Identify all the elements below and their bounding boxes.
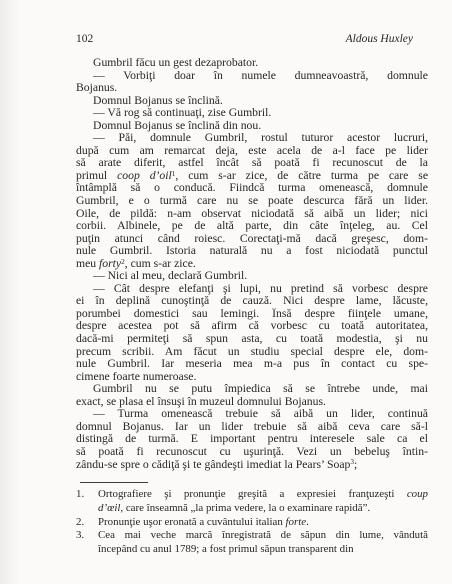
- footnote-marker: corbii. Albinele, pe de altă parte, din …: [76, 220, 428, 232]
- footnote-line: d’œil, care înseamnă „la prima vedere, l…: [76, 502, 428, 516]
- footnote-marker: — Cât despre elefanţi şi lupi, nu pretin…: [93, 283, 428, 295]
- footnote-marker: — Vă rog să continuaţi, zise Gumbril.: [93, 107, 271, 119]
- footnote-marker: domnul Bojanus. Iar un lider trebuie să …: [76, 421, 428, 433]
- text-run: coup: [407, 488, 428, 500]
- footnote-marker: 2: [121, 258, 125, 266]
- footnote-marker: să poată fi recunoscut cu uşurinţă. Vezi…: [76, 446, 428, 458]
- footnote-marker: despre acestea pot să afirm că vorbesc c…: [76, 320, 428, 332]
- text-run: 1.: [76, 488, 98, 502]
- footnote-marker: dacă-mi permiteţi să spun asta, cu toată…: [76, 333, 428, 345]
- footnote-line: 2.Pronunţie uşor eronată a cuvântului it…: [76, 516, 428, 530]
- text-line: cimene foarte numeroase.: [76, 371, 428, 384]
- footnote-marker: porumbei domestici sau lemingi. Însă des…: [76, 308, 428, 320]
- text-line: domnul Bojanus. Iar un lider trebuie să …: [76, 421, 428, 434]
- text-line: ei în deplină cunoştinţă de cauză. Nici …: [76, 295, 428, 308]
- footnote-marker: nule Gumbril. Istoria naturală nu a fost…: [76, 245, 428, 257]
- text-line: meu forty2, cum s-ar zice.: [76, 258, 428, 271]
- footnote-marker: începând cu anul 1789; a fost primul săp…: [98, 543, 354, 555]
- text-run: 2.: [76, 516, 98, 530]
- footnote-line: 1.Ortografiere şi pronunţie greşită a ex…: [76, 488, 428, 502]
- footnote-line: începând cu anul 1789; a fost primul săp…: [76, 543, 428, 557]
- footnote-marker: Pronunţie uşor eronată a cuvântului ital…: [98, 516, 286, 528]
- footnote-marker: Domnul Bojanus se înclină.: [93, 95, 223, 107]
- text-line: să poată fi recunoscut cu uşurinţă. Vezi…: [76, 446, 428, 459]
- footnote-marker: — Vorbiţi doar în numele dumneavoastră, …: [93, 70, 428, 82]
- footnote-marker: 3: [350, 459, 354, 467]
- footnote-marker: , cum s-ar zice, de către turma pe care …: [175, 170, 428, 182]
- footnote-marker: — Turma omenească trebuie să aibă un lid…: [93, 408, 428, 420]
- text-run: forty: [99, 258, 121, 270]
- footnote-marker: Gumbril, e o turmă care nu se poate desc…: [76, 195, 428, 207]
- text-line: să arate diferit, astfel încât să poată …: [76, 157, 428, 170]
- footnote-marker: nule Gumbril. Iar meseria mea m-a pus în…: [76, 358, 428, 370]
- text-line: — Păi, domnule Gumbril, rostul tuturor a…: [76, 132, 428, 145]
- footnote-separator: [80, 482, 148, 483]
- footnote-marker: — Păi, domnule Gumbril, rostul tuturor a…: [93, 132, 428, 144]
- footnote-marker: , cum s-ar zice.: [125, 258, 196, 270]
- footnotes: 1.Ortografiere şi pronunţie greşită a ex…: [76, 488, 428, 557]
- text-line: Gumbril făcu un gest dezaprobator.: [76, 57, 428, 70]
- text-line: Domnul Bojanus se înclină.: [76, 95, 428, 108]
- text-line: primul coop d’oil1, cum s-ar zice, de că…: [76, 170, 428, 183]
- footnote-marker: .: [306, 516, 309, 528]
- text-run: 3.: [76, 529, 98, 543]
- text-line: porumbei domestici sau lemingi. Însă des…: [76, 308, 428, 321]
- running-header-author: Aldous Huxley: [346, 33, 413, 45]
- text-line: nule Gumbril. Istoria naturală nu a fost…: [76, 245, 428, 258]
- footnote-marker: ;: [354, 459, 357, 471]
- footnote-line: 3.Cea mai veche marcă înregistrată de să…: [76, 529, 428, 543]
- text-run: coop d’oil: [117, 170, 172, 182]
- footnote-marker: Ortografiere şi pronunţie greşită a expr…: [98, 488, 407, 500]
- footnote-marker: zându-se spre o cădiţă şi te gândeşti im…: [76, 459, 350, 471]
- running-header: 102 Aldous Huxley: [76, 33, 430, 45]
- footnote-marker: distingă de turmă. E important pentru in…: [76, 433, 428, 445]
- text-line: zându-se spre o cădiţă şi te gândeşti im…: [76, 459, 428, 472]
- text-line: — Vorbiţi doar în numele dumneavoastră, …: [76, 70, 428, 83]
- footnote-marker: 1: [172, 170, 176, 178]
- text-line: despre acestea pot să afirm că vorbesc c…: [76, 320, 428, 333]
- text-line: întâmplă să o conducă. Fiindcă turma ome…: [76, 182, 428, 195]
- text-line: — Nici al meu, declară Gumbril.: [76, 270, 428, 283]
- text-line: corbii. Albinele, pe de altă parte, din …: [76, 220, 428, 233]
- text-line: distingă de turmă. E important pentru in…: [76, 433, 428, 446]
- footnote-marker: exact, se plasa el însuşi în muzeul domn…: [76, 396, 326, 408]
- text-line: precum scribii. Am făcut un studiu speci…: [76, 346, 428, 359]
- text-run: d’œil: [98, 502, 120, 514]
- text-line: dacă-mi permiteţi să spun asta, cu toată…: [76, 333, 428, 346]
- text-line: Bojanus.: [76, 82, 428, 95]
- footnote-marker: cimene foarte numeroase.: [76, 371, 196, 383]
- footnote-marker: puţin atunci când roiesc. Corectaţi-mă d…: [76, 233, 428, 245]
- footnote-marker: ei în deplină cunoştinţă de cauză. Nici …: [76, 295, 428, 307]
- footnote-marker: primul: [76, 170, 117, 182]
- footnote-marker: întâmplă să o conducă. Fiindcă turma ome…: [76, 182, 428, 194]
- page-number: 102: [76, 33, 93, 45]
- text-line: puţin atunci când roiesc. Corectaţi-mă d…: [76, 233, 428, 246]
- text-line: Gumbril nu se putu împiedica să se între…: [76, 383, 428, 396]
- footnote-marker: Domnul Bojanus se înclină din nou.: [93, 120, 261, 132]
- footnote-marker: , care înseamnă „la prima vedere, la o e…: [120, 502, 370, 514]
- footnote-marker: meu: [76, 258, 99, 270]
- footnote-marker: Gumbril nu se putu împiedica să se între…: [93, 383, 428, 395]
- text-line: nule Gumbril. Iar meseria mea m-a pus în…: [76, 358, 428, 371]
- footnote-marker: Oile, de pildă: n-am observat niciodată …: [76, 208, 428, 220]
- footnote-marker: Gumbril făcu un gest dezaprobator.: [93, 57, 258, 69]
- text-line: Oile, de pildă: n-am observat niciodată …: [76, 208, 428, 221]
- text-run: forte: [286, 516, 307, 528]
- footnote-marker: precum scribii. Am făcut un studiu speci…: [76, 346, 428, 358]
- text-line: — Vă rog să continuaţi, zise Gumbril.: [76, 107, 428, 120]
- text-line: Domnul Bojanus se înclină din nou.: [76, 120, 428, 133]
- text-line: exact, se plasa el însuşi în muzeul domn…: [76, 396, 428, 409]
- text-line: — Cât despre elefanţi şi lupi, nu pretin…: [76, 283, 428, 296]
- text-line: după cum am remarcat deja, este acela de…: [76, 145, 428, 158]
- text-line: Gumbril, e o turmă care nu se poate desc…: [76, 195, 428, 208]
- footnote-marker: după cum am remarcat deja, este acela de…: [76, 145, 428, 157]
- footnote-marker: Bojanus.: [76, 82, 117, 94]
- footnote-marker: să arate diferit, astfel încât să poată …: [76, 157, 428, 169]
- footnote-marker: — Nici al meu, declară Gumbril.: [93, 270, 247, 282]
- book-page: 102 Aldous Huxley Gumbril făcu un gest d…: [0, 0, 452, 584]
- footnote-marker: Cea mai veche marcă înregistrată de săpu…: [98, 529, 428, 541]
- text-line: — Turma omenească trebuie să aibă un lid…: [76, 408, 428, 421]
- body-text: Gumbril făcu un gest dezaprobator.— Vorb…: [76, 57, 428, 471]
